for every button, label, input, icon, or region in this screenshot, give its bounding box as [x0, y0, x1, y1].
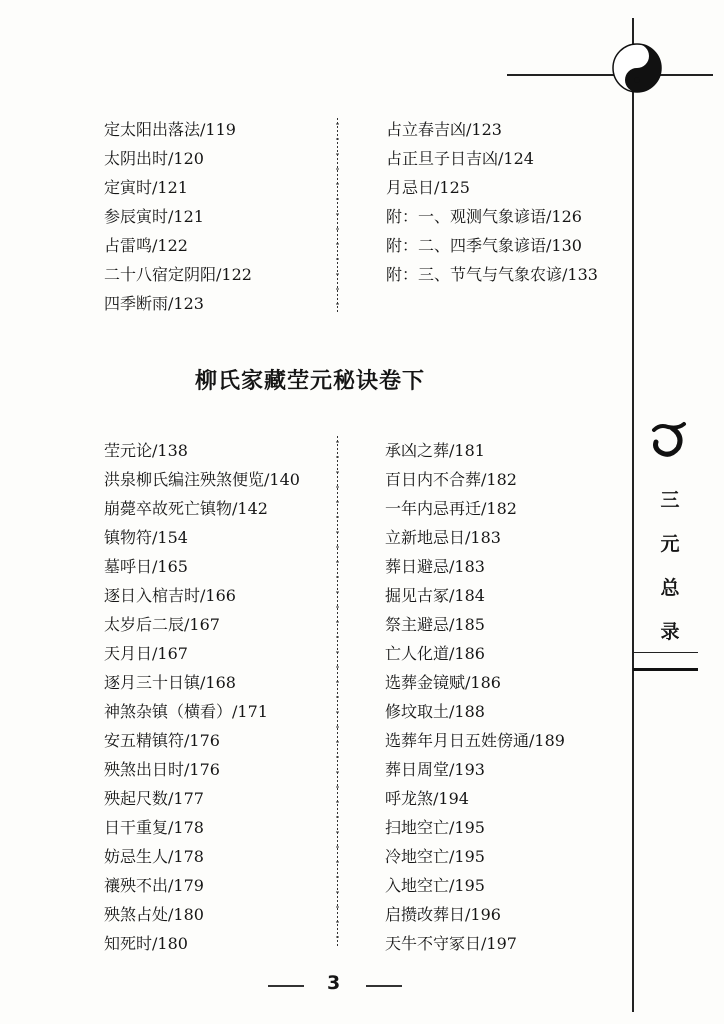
side-title-char: 总 — [659, 566, 681, 610]
page-footer: 3 — [268, 970, 408, 998]
side-tab-rule-thick — [633, 668, 698, 671]
toc-entry: 附：三、节气与气象农谚/133 — [386, 260, 598, 289]
toc-entry: 殃煞占处/180 — [104, 900, 300, 929]
toc-entry: 太岁后二辰/167 — [104, 610, 300, 639]
toc-entry: 附：一、观测气象谚语/126 — [386, 202, 598, 231]
toc-entry: 扫地空亡/195 — [385, 813, 565, 842]
toc-entry: 天月日/167 — [104, 639, 300, 668]
yin-yang-icon — [612, 43, 662, 93]
side-title-char: 录 — [659, 610, 681, 654]
toc-entry: 冷地空亡/195 — [385, 842, 565, 871]
swirl-ornament-icon — [648, 418, 690, 460]
toc-entry: 墓呼日/165 — [104, 552, 300, 581]
toc-entry: 葬日避忌/183 — [385, 552, 565, 581]
page-number: 3 — [327, 972, 340, 994]
toc-entry: 妨忌生人/178 — [104, 842, 300, 871]
toc-entry: 占立春吉凶/123 — [386, 115, 598, 144]
toc-upper-right-column: 占立春吉凶/123 占正旦子日吉凶/124 月忌日/125 附：一、观测气象谚语… — [386, 115, 598, 289]
toc-entry: 启攒改葬日/196 — [385, 900, 565, 929]
toc-entry: 日干重复/178 — [104, 813, 300, 842]
toc-entry: 定寅时/121 — [104, 173, 252, 202]
toc-entry: 选葬年月日五姓傍通/189 — [385, 726, 565, 755]
toc-entry: 逐日入棺吉时/166 — [104, 581, 300, 610]
toc-entry: 月忌日/125 — [386, 173, 598, 202]
toc-entry: 天牛不守冢日/197 — [385, 929, 565, 958]
toc-entry: 立新地忌日/183 — [385, 523, 565, 552]
toc-entry: 入地空亡/195 — [385, 871, 565, 900]
header-horizontal-rule — [507, 74, 713, 76]
toc-entry: 占雷鸣/122 — [104, 231, 252, 260]
side-tab-title: 三 元 总 录 — [659, 478, 681, 654]
toc-entry: 一年内忌再迁/182 — [385, 494, 565, 523]
toc-entry: 选葬金镜赋/186 — [385, 668, 565, 697]
toc-entry: 祭主避忌/185 — [385, 610, 565, 639]
toc-entry: 定太阳出落法/119 — [104, 115, 252, 144]
toc-entry: 修坟取土/188 — [385, 697, 565, 726]
toc-entry: 百日内不合葬/182 — [385, 465, 565, 494]
section-title: 柳氏家藏茔元秘诀卷下 — [195, 364, 425, 395]
side-title-char: 三 — [659, 478, 681, 522]
toc-entry: 亡人化道/186 — [385, 639, 565, 668]
toc-entry: 四季断雨/123 — [104, 289, 252, 318]
toc-entry: 神煞杂镇（横看）/171 — [104, 697, 300, 726]
toc-entry: 崩薨卒故死亡镇物/142 — [104, 494, 300, 523]
side-tab-rule-thin — [633, 652, 698, 653]
toc-entry: 镇物符/154 — [104, 523, 300, 552]
toc-entry: 禳殃不出/179 — [104, 871, 300, 900]
footer-dash-right — [366, 985, 402, 987]
toc-entry: 呼龙煞/194 — [385, 784, 565, 813]
side-title-char: 元 — [659, 522, 681, 566]
toc-entry: 葬日周堂/193 — [385, 755, 565, 784]
toc-entry: 占正旦子日吉凶/124 — [386, 144, 598, 173]
column-divider — [336, 436, 339, 946]
toc-entry: 逐月三十日镇/168 — [104, 668, 300, 697]
toc-entry: 安五精镇符/176 — [104, 726, 300, 755]
footer-dash-left — [268, 985, 304, 987]
toc-lower-left-column: 茔元论/138 洪泉柳氏编注殃煞便览/140 崩薨卒故死亡镇物/142 镇物符/… — [104, 436, 300, 958]
toc-entry: 二十八宿定阴阳/122 — [104, 260, 252, 289]
vertical-margin-rule — [632, 18, 634, 1012]
toc-entry: 参辰寅时/121 — [104, 202, 252, 231]
toc-entry: 知死时/180 — [104, 929, 300, 958]
toc-entry: 附：二、四季气象谚语/130 — [386, 231, 598, 260]
toc-entry: 太阴出时/120 — [104, 144, 252, 173]
column-divider — [336, 118, 339, 313]
toc-entry: 掘见古冢/184 — [385, 581, 565, 610]
toc-entry: 殃起尺数/177 — [104, 784, 300, 813]
toc-entry: 承凶之葬/181 — [385, 436, 565, 465]
toc-entry: 茔元论/138 — [104, 436, 300, 465]
toc-entry: 殃煞出日时/176 — [104, 755, 300, 784]
book-page: 定太阳出落法/119 太阴出时/120 定寅时/121 参辰寅时/121 占雷鸣… — [0, 0, 724, 1024]
toc-entry: 洪泉柳氏编注殃煞便览/140 — [104, 465, 300, 494]
toc-lower-right-column: 承凶之葬/181 百日内不合葬/182 一年内忌再迁/182 立新地忌日/183… — [385, 436, 565, 958]
toc-upper-left-column: 定太阳出落法/119 太阴出时/120 定寅时/121 参辰寅时/121 占雷鸣… — [104, 115, 252, 318]
